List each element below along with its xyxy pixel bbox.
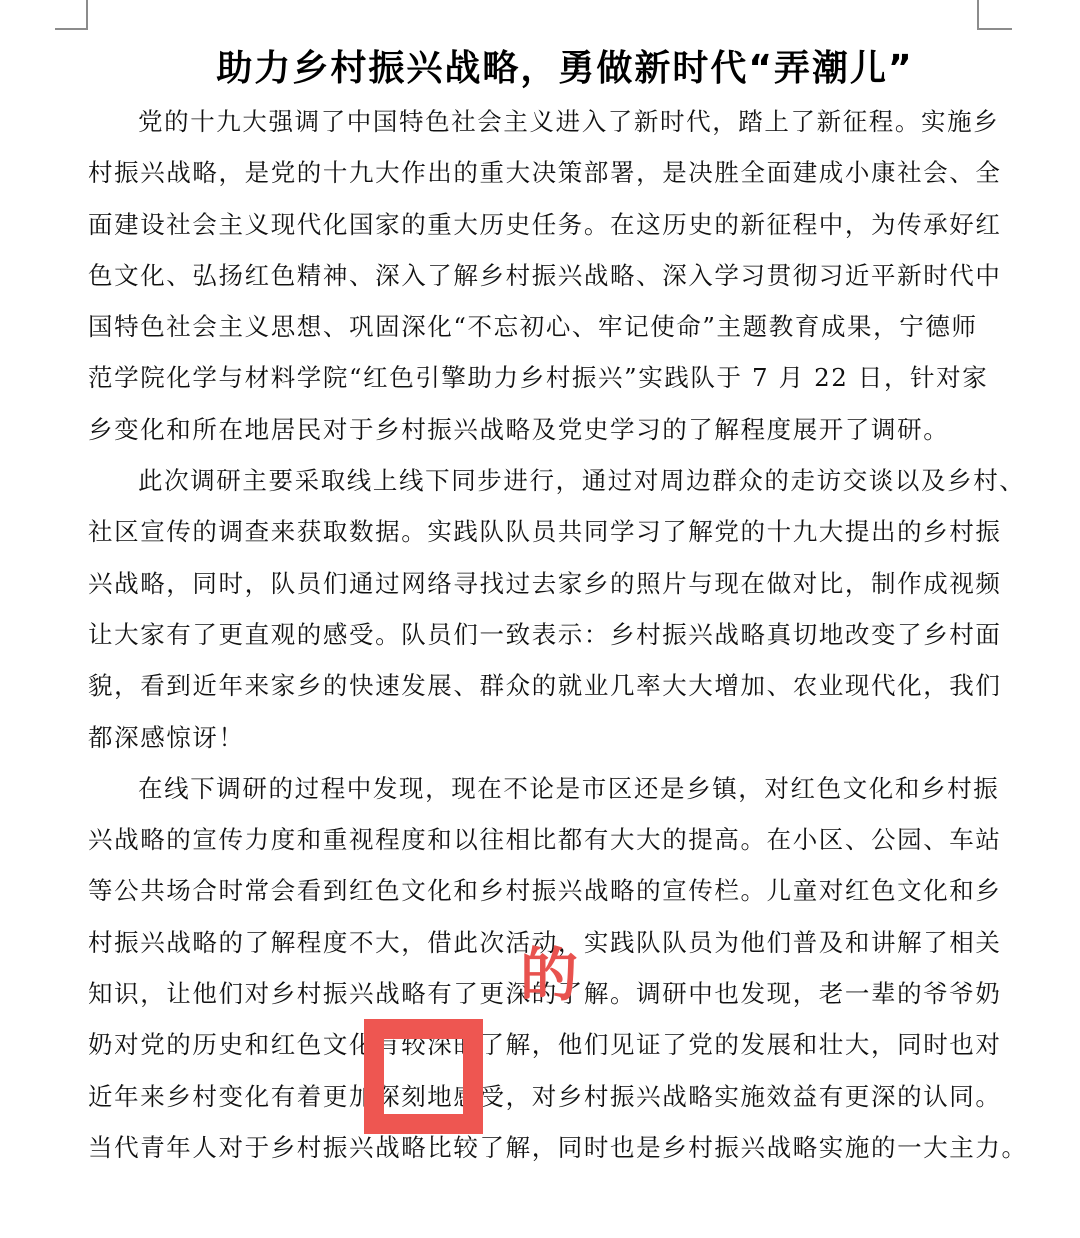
text-line: 让大家有了更直观的感受。队员们一致表示：乡村振兴战略真切地改变了乡村面 — [88, 609, 988, 660]
text-line: 党的十九大强调了中国特色社会主义进入了新时代，踏上了新征程。实施乡 — [88, 96, 988, 147]
text-line: 当代青年人对于乡村振兴战略比较了解，同时也是乡村振兴战略实施的一大主力。 — [88, 1122, 988, 1173]
text-line: 兴战略的宣传力度和重视程度和以往相比都有大大的提高。在小区、公园、车站 — [88, 814, 988, 865]
text-line: 色文化、弘扬红色精神、深入了解乡村振兴战略、深入学习贯彻习近平新时代中 — [88, 250, 988, 301]
correction-annotation: 的 — [520, 946, 578, 1004]
text-line: 貌，看到近年来家乡的快速发展、群众的就业几率大大增加、农业现代化，我们 — [88, 660, 988, 711]
text-line: 近年来乡村变化有着更加深刻地感受，对乡村振兴战略实施效益有更深的认同。 — [88, 1071, 988, 1122]
document-title: 助力乡村振兴战略，勇做新时代“弄潮儿” — [0, 40, 1080, 91]
text-line: 在线下调研的过程中发现，现在不论是市区还是乡镇，对红色文化和乡村振 — [88, 763, 988, 814]
text-line: 乡变化和所在地居民对于乡村振兴战略及党史学习的了解程度展开了调研。 — [88, 404, 988, 455]
text-line: 国特色社会主义思想、巩固深化“不忘初心、牢记使命”主题教育成果，宁德师 — [88, 301, 988, 352]
paragraph-2: 此次调研主要采取线上线下同步进行，通过对周边群众的走访交谈以及乡村、 社区宣传的… — [88, 455, 988, 763]
text-line: 等公共场合时常会看到红色文化和乡村振兴战略的宣传栏。儿童对红色文化和乡 — [88, 865, 988, 916]
text-line: 社区宣传的调查来获取数据。实践队队员共同学习了解党的十九大提出的乡村振 — [88, 506, 988, 557]
text-line: 村振兴战略，是党的十九大作出的重大决策部署，是决胜全面建成小康社会、全 — [88, 147, 988, 198]
text-line: 范学院化学与材料学院“红色引擎助力乡村振兴”实践队于 7 月 22 日，针对家 — [88, 352, 988, 403]
highlight-box-annotation — [364, 1019, 483, 1134]
text-line: 面建设社会主义现代化国家的重大历史任务。在这历史的新征程中，为传承好红 — [88, 199, 988, 250]
page-corner-mark-left — [55, 0, 88, 30]
paragraph-1: 党的十九大强调了中国特色社会主义进入了新时代，踏上了新征程。实施乡 村振兴战略，… — [88, 96, 988, 455]
text-line: 兴战略，同时，队员们通过网络寻找过去家乡的照片与现在做对比，制作成视频 — [88, 558, 988, 609]
page-corner-mark-right — [977, 0, 1012, 30]
text-line: 都深感惊讶！ — [88, 712, 988, 763]
text-line: 此次调研主要采取线上线下同步进行，通过对周边群众的走访交谈以及乡村、 — [88, 455, 988, 506]
document-body: 党的十九大强调了中国特色社会主义进入了新时代，踏上了新征程。实施乡 村振兴战略，… — [88, 96, 988, 1173]
text-line: 奶对党的历史和红色文化有较深的了解，他们见证了党的发展和壮大，同时也对 — [88, 1019, 988, 1070]
